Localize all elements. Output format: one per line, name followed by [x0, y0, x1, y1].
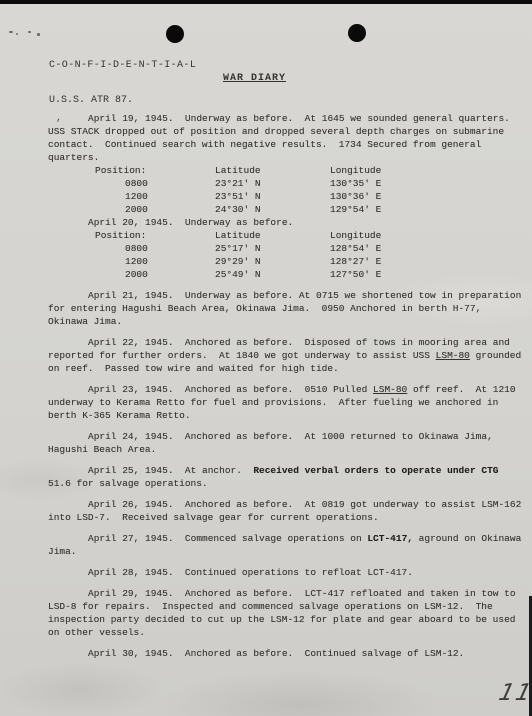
- latitude-column-header: Latitude: [215, 164, 261, 177]
- diary-entry: April 29, 1945. Anchored as before. LCT-…: [48, 587, 522, 639]
- position-table-row: 080025°17' N128°54' E: [48, 242, 522, 255]
- classification-stamp: C-O-N-F-I-D-E-N-T-I-A-L: [49, 60, 196, 71]
- diary-entry: April 30, 1945. Anchored as before. Cont…: [48, 647, 522, 660]
- longitude-cell: 128°54' E: [330, 242, 381, 255]
- scanned-document-page: C-O-N-F-I-D-E-N-T-I-A-L WAR DIARY U.S.S.…: [0, 0, 532, 716]
- latitude-cell: 23°51' N: [215, 190, 261, 203]
- entry-text: April 19, 1945. Underway as before. At 1…: [48, 113, 516, 163]
- time-cell: 0800: [125, 242, 148, 255]
- entry-text: April 23, 1945. Anchored as before. 0510…: [88, 384, 373, 395]
- diary-entry: April 28, 1945. Continued operations to …: [48, 566, 522, 579]
- position-table-row: 200025°49' N127°50' E: [48, 268, 522, 281]
- position-table-row: 200024°30' N129°54' E: [48, 203, 522, 216]
- scan-edge-top: [0, 0, 532, 4]
- entry-text: April 25, 1945. At anchor.: [88, 465, 253, 476]
- entry-text: April 26, 1945. Anchored as before. At 0…: [48, 499, 527, 523]
- longitude-cell: 130°35' E: [330, 177, 381, 190]
- position-table-row: 080023°21' N130°35' E: [48, 177, 522, 190]
- diary-entry: April 19, 1945. Underway as before. At 1…: [48, 112, 522, 164]
- diary-entry: April 22, 1945. Anchored as before. Disp…: [48, 336, 522, 375]
- position-table: Position:LatitudeLongitude080025°17' N12…: [48, 229, 522, 281]
- document-title: WAR DIARY: [223, 73, 286, 84]
- diary-entry: April 20, 1945. Underway as before.: [48, 216, 522, 229]
- latitude-cell: 23°21' N: [215, 177, 261, 190]
- position-label: Position:: [95, 164, 146, 177]
- diary-entry: April 24, 1945. Anchored as before. At 1…: [48, 430, 522, 456]
- time-cell: 1200: [125, 255, 148, 268]
- time-cell: 2000: [125, 203, 148, 216]
- time-cell: 1200: [125, 190, 148, 203]
- position-table-header: Position:LatitudeLongitude: [48, 164, 522, 177]
- diary-entry: April 23, 1945. Anchored as before. 0510…: [48, 383, 522, 422]
- entry-text: April 28, 1945. Continued operations to …: [88, 567, 413, 578]
- entry-text: April 20, 1945. Underway as before.: [88, 217, 293, 228]
- time-cell: 2000: [125, 268, 148, 281]
- longitude-cell: 130°36' E: [330, 190, 381, 203]
- hole-punch-icon: [348, 24, 366, 42]
- emphasized-text: LCT-417,: [367, 533, 413, 544]
- latitude-cell: 24°30' N: [215, 203, 261, 216]
- position-table-row: 120023°51' N130°36' E: [48, 190, 522, 203]
- diary-entry: April 21, 1945. Underway as before. At 0…: [48, 289, 522, 328]
- longitude-cell: 127°50' E: [330, 268, 381, 281]
- emphasized-text: Received verbal orders to operate under …: [253, 465, 498, 476]
- entry-text: April 27, 1945. Commenced salvage operat…: [88, 533, 367, 544]
- latitude-column-header: Latitude: [215, 229, 261, 242]
- time-cell: 0800: [125, 177, 148, 190]
- underlined-ship-designation: LSM-80: [373, 384, 407, 395]
- position-table: Position:LatitudeLongitude080023°21' N13…: [48, 164, 522, 216]
- entry-text: April 30, 1945. Anchored as before. Cont…: [88, 648, 464, 659]
- longitude-cell: 129°54' E: [330, 203, 381, 216]
- entry-text: April 29, 1945. Anchored as before. LCT-…: [48, 588, 521, 638]
- position-table-row: 120029°29' N128°27' E: [48, 255, 522, 268]
- diary-entry: April 25, 1945. At anchor. Received verb…: [48, 464, 522, 490]
- entries: April 19, 1945. Underway as before. At 1…: [48, 112, 522, 660]
- longitude-column-header: Longitude: [330, 229, 381, 242]
- latitude-cell: 29°29' N: [215, 255, 261, 268]
- longitude-column-header: Longitude: [330, 164, 381, 177]
- longitude-cell: 128°27' E: [330, 255, 381, 268]
- position-label: Position:: [95, 229, 146, 242]
- entry-text: April 21, 1945. Underway as before. At 0…: [48, 290, 527, 327]
- handwritten-page-number: 11: [493, 680, 532, 706]
- hole-punch-icon: [166, 25, 184, 43]
- diary-entry: April 27, 1945. Commenced salvage operat…: [48, 532, 522, 558]
- entry-text: April 24, 1945. Anchored as before. At 1…: [48, 431, 498, 455]
- latitude-cell: 25°17' N: [215, 242, 261, 255]
- position-table-header: Position:LatitudeLongitude: [48, 229, 522, 242]
- underlined-ship-designation: LSM-80: [436, 350, 470, 361]
- ship-name: U.S.S. ATR 87.: [49, 95, 133, 106]
- latitude-cell: 25°49' N: [215, 268, 261, 281]
- diary-entry: April 26, 1945. Anchored as before. At 0…: [48, 498, 522, 524]
